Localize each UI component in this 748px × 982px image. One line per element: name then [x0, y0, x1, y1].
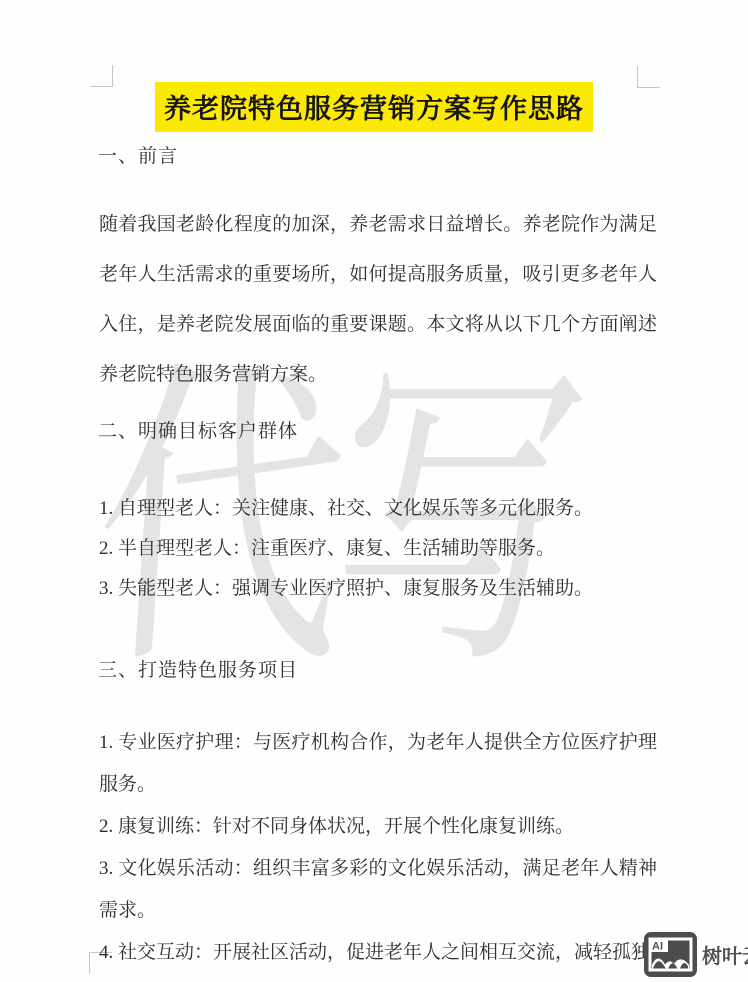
section-heading-3: 三、打造特色服务项目 — [98, 655, 298, 682]
brand-name: 树叶云 — [702, 940, 748, 969]
list-item: 3. 失能型老人：强调专业医疗照护、康复服务及生活辅助。 — [99, 569, 657, 609]
svg-text:AI: AI — [652, 941, 663, 953]
section-heading-2: 二、明确目标客户群体 — [98, 416, 298, 443]
list-item: 1. 专业医疗护理：与医疗机构合作，为老年人提供全方位医疗护理服务。 — [99, 722, 657, 806]
list-item: 2. 半自理型老人：注重医疗、康复、生活辅助等服务。 — [99, 529, 657, 569]
brand-badge: AI 树叶云 — [644, 932, 748, 977]
list-item: 4. 社交互动：开展社区活动，促进老年人之间相互交流，减轻孤独 — [99, 932, 657, 974]
ai-image-icon: AI — [644, 932, 697, 977]
document-page: 代写 养老院特色服务营销方案写作思路 一、前言 随着我国老龄化程度的加深，养老需… — [0, 0, 748, 982]
page-title: 养老院特色服务营销方案写作思路 — [155, 82, 593, 132]
section-heading-1: 一、前言 — [98, 141, 178, 168]
list-item: 3. 文化娱乐活动：组织丰富多彩的文化娱乐活动，满足老年人精神需求。 — [99, 848, 657, 932]
list-item: 2. 康复训练：针对不同身体状况，开展个性化康复训练。 — [99, 806, 657, 848]
section-2-list: 1. 自理型老人：关注健康、社交、文化娱乐等多元化服务。 2. 半自理型老人：注… — [99, 489, 657, 609]
section-1-paragraph: 随着我国老龄化程度的加深，养老需求日益增长。养老院作为满足老年人生活需求的重要场… — [99, 200, 657, 400]
document-content: 养老院特色服务营销方案写作思路 一、前言 随着我国老龄化程度的加深，养老需求日益… — [0, 0, 748, 982]
section-3-list: 1. 专业医疗护理：与医疗机构合作，为老年人提供全方位医疗护理服务。 2. 康复… — [99, 722, 657, 974]
title-row: 养老院特色服务营销方案写作思路 — [0, 82, 748, 132]
list-item: 1. 自理型老人：关注健康、社交、文化娱乐等多元化服务。 — [99, 489, 657, 529]
